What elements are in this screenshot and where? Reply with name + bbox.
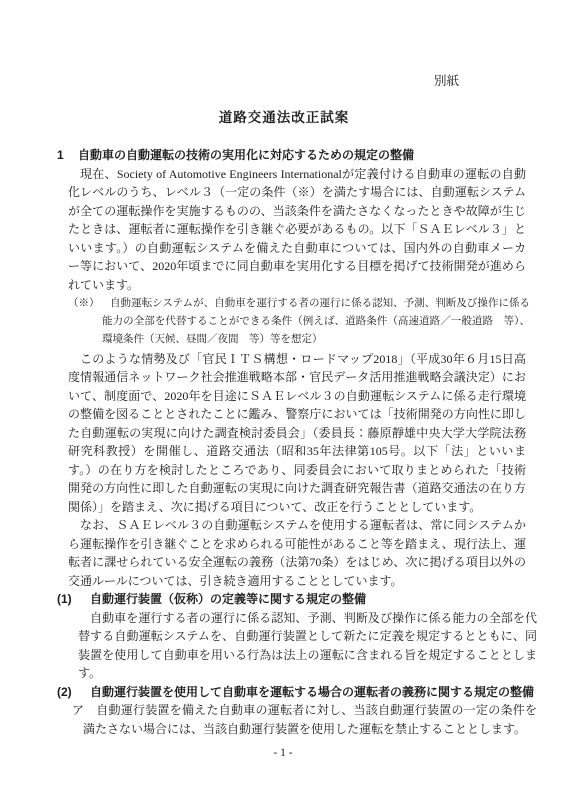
item-1-number: (1) [57, 590, 90, 609]
item-1-heading: (1)自動運行装置（仮称）の定義等に関する規定の整備 [57, 590, 539, 609]
sub-item-a-label: ア [72, 701, 96, 720]
page-number: - 1 - [0, 746, 566, 760]
document-page: 別紙 道路交通法改正試案 1自動車の自動運転の技術の実用化に対応するための規定の… [0, 0, 566, 800]
section-1-heading-text: 自動車の自動運転の技術の実用化に対応するための規定の整備 [78, 148, 414, 162]
item-2-heading: (2)自動運行装置を使用して自動車を運転する場合の運転者の義務に関する規定の整備 [57, 683, 539, 702]
sae-condition-note: （※） 自動運転システムが、自動車を運行する者の運行に係る認知、予測、判断及び操… [68, 295, 530, 350]
item-1-heading-text: 自動運行装置（仮称）の定義等に関する規定の整備 [90, 592, 366, 606]
paragraph-current-status: 現在、Society of Automotive Engineers Inter… [68, 165, 526, 295]
section-1-heading: 1自動車の自動運転の技術の実用化に対応するための規定の整備 [57, 146, 539, 165]
note-marker: （※） [68, 295, 100, 313]
section-1-number: 1 [57, 146, 78, 165]
document-content: 別紙 道路交通法改正試案 1自動車の自動運転の技術の実用化に対応するための規定の… [57, 0, 539, 738]
annex-label: 別紙 [57, 74, 539, 88]
item-2-number: (2) [57, 683, 90, 702]
paragraph-policy-background: このような情勢及び「官民ＩＴＳ構想・ロードマップ2018」（平成30年６月15日… [68, 350, 526, 517]
document-title: 道路交通法改正試案 [57, 108, 539, 127]
item-2-heading-text: 自動運行装置を使用して自動車を運転する場合の運転者の義務に関する規定の整備 [90, 685, 534, 699]
item-1-body: 自動車を運行する者の運行に係る認知、予測、判断及び操作に係る能力の全部を代替する… [78, 609, 537, 683]
item-2-sub-item-a: ア自動運行装置を備えた自動車の運転者に対し、当該自動運行装置の一定の条件を満たさ… [83, 701, 537, 738]
note-text: 自動運転システムが、自動車を運行する者の運行に係る認知、予測、判断及び操作に係る… [102, 295, 530, 350]
paragraph-remaining-rules: なお、ＳＡＥレベル３の自動運転システムを使用する運転者は、常に同システムから運転… [68, 516, 526, 590]
sub-item-a-text: 自動運行装置を備えた自動車の運転者に対し、当該自動運行装置の一定の条件を満たさな… [83, 703, 537, 736]
